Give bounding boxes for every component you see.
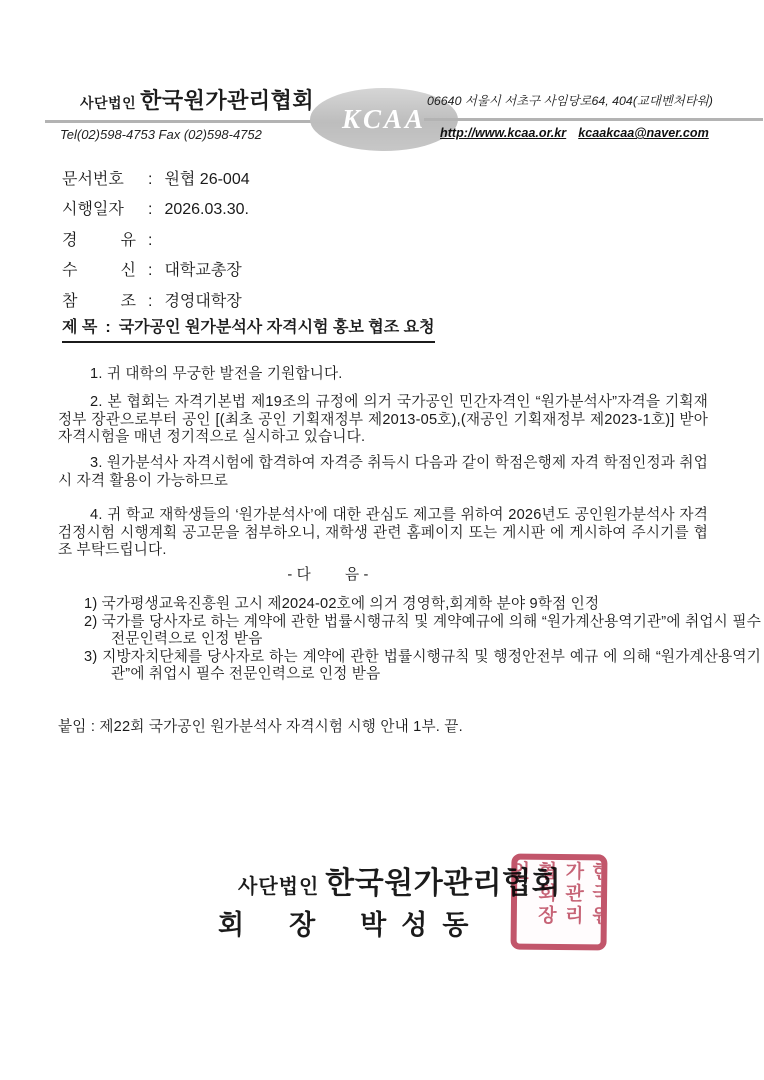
body-paragraph-2: 2. 본 협회는 자격기본법 제19조의 규정에 의거 국가공인 민간자격인 “… bbox=[58, 394, 708, 447]
header-address: 06640 서울시 서초구 사임당로64, 404(교대벤처타워) bbox=[427, 91, 713, 109]
recipient-colon: : bbox=[148, 262, 152, 280]
subject-colon: : bbox=[105, 319, 110, 337]
cc-value: 경영대학장 bbox=[164, 293, 241, 310]
benefit-item-2: 2) 국가를 당사자로 하는 계약에 관한 법률시행규칙 및 계약예규에 의해 … bbox=[58, 614, 761, 649]
doc-number-value: 원협 26-004 bbox=[164, 171, 249, 188]
kcaa-logo-text: KCAA bbox=[342, 104, 426, 135]
recipient-label: 수 신 bbox=[62, 257, 136, 280]
body-paragraph-1: 1. 귀 대학의 무궁한 발전을 기원합니다. bbox=[58, 366, 708, 384]
subject-text: 국가공인 원가분석사 자격시험 홍보 협조 요청 bbox=[119, 319, 435, 336]
official-seal: 한국원가관리협회장인 bbox=[511, 854, 608, 951]
cc-label: 참 조 bbox=[62, 288, 136, 311]
subject-label: 제 목 bbox=[62, 319, 97, 336]
website-link[interactable]: http://www.kcaa.or.kr bbox=[440, 126, 566, 140]
via-label: 경 유 bbox=[62, 227, 136, 250]
cc-colon: : bbox=[148, 293, 152, 311]
document-page: 사단법인한국원가관리협회 Tel(02)598-4753 Fax (02)598… bbox=[0, 0, 764, 1080]
president-line: 회 장 박 성 동 bbox=[218, 903, 468, 942]
header-org-prefix: 사단법인 bbox=[80, 95, 136, 111]
header-weblinks: http://www.kcaa.or.krkcaakcaa@naver.com bbox=[440, 126, 709, 140]
benefit-item-3: 3) 지방자치단체를 당사자로 하는 계약에 관한 법률시행규칙 및 행정안전부… bbox=[58, 649, 761, 684]
daum-separator: - 다 음 - bbox=[58, 567, 598, 585]
header-org-name: 한국원가관리협회 bbox=[140, 88, 314, 113]
body-paragraph-4: 4. 귀 학교 재학생들의 ‘원가분석사’에 대한 관심도 제고를 위하여 20… bbox=[58, 507, 708, 560]
benefit-list: 1) 국가평생교육진흥원 고시 제2024-02호에 의거 경영학,회계학 분야… bbox=[58, 596, 708, 684]
header-org-line: 사단법인한국원가관리협회 bbox=[80, 84, 314, 115]
subject-line: 제 목:국가공인 원가분석사 자격시험 홍보 협조 요청 bbox=[62, 314, 435, 343]
meta-row-recipient: 수 신:대학교총장 bbox=[62, 257, 250, 287]
benefit-item-1: 1) 국가평생교육진흥원 고시 제2024-02호에 의거 경영학,회계학 분야… bbox=[58, 596, 761, 614]
attachment-line: 붙임 : 제22회 국가공인 원가분석사 자격시험 시행 안내 1부. 끝. bbox=[58, 719, 708, 737]
footer-org-prefix: 사단법인 bbox=[238, 876, 319, 898]
email-link[interactable]: kcaakcaa@naver.com bbox=[578, 126, 709, 140]
meta-row-date: 시행일자:2026.03.30. bbox=[62, 196, 250, 226]
date-colon: : bbox=[148, 201, 152, 219]
meta-fields: 문서번호:원협 26-004 시행일자:2026.03.30. 경 유: 수 신… bbox=[62, 166, 250, 318]
recipient-value: 대학교총장 bbox=[164, 262, 241, 279]
header-rule-left bbox=[45, 120, 313, 123]
meta-row-via: 경 유: bbox=[62, 227, 250, 257]
official-seal-text: 한국원가관리협회장인 bbox=[511, 860, 608, 943]
header-tel-fax: Tel(02)598-4753 Fax (02)598-4752 bbox=[60, 127, 262, 142]
doc-number-label: 문서번호 bbox=[62, 166, 136, 189]
date-value: 2026.03.30. bbox=[164, 201, 249, 218]
via-colon: : bbox=[148, 232, 152, 250]
doc-number-colon: : bbox=[148, 171, 152, 189]
date-label: 시행일자 bbox=[62, 196, 136, 219]
header-rule-right bbox=[424, 118, 763, 121]
meta-row-doc-number: 문서번호:원협 26-004 bbox=[62, 166, 250, 196]
body-paragraph-3: 3. 원가분석사 자격시험에 합격하여 자격증 취득시 다음과 같이 학점은행제… bbox=[58, 455, 708, 490]
